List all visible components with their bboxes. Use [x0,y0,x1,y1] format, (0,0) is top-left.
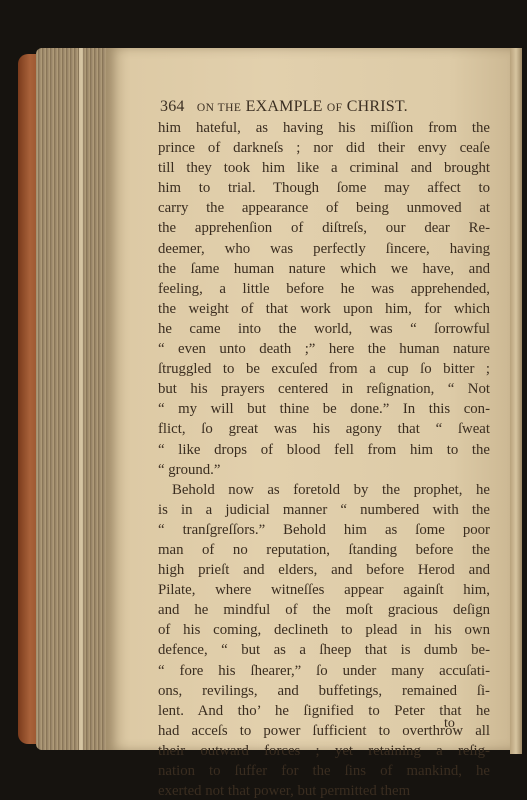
text-line: of his coming, declineth to plead in his… [158,620,490,640]
text-line: man of no reputation, ſtanding before th… [158,540,490,560]
text-line: their outward forces ; yet retaining a r… [158,741,490,761]
text-line: feeling, a little before he was apprehen… [158,279,490,299]
text-line: “ my will but thine be done.” In this co… [158,399,490,419]
text-line: till they took him like a criminal and b… [158,158,490,178]
text-line: exerted not that power, but permitted th… [158,781,490,800]
text-line: flict, ſo great was his agony that “ ſwe… [158,419,490,439]
text-line: carry the appearance of being unmoved at [158,198,490,218]
body-text: him hateful, as having his miſſion from … [158,118,490,800]
text-line: is in a judicial manner “ numbered with … [158,500,490,520]
text-line: ons, revilings, and buffetings, remained… [158,681,490,701]
text-line: the ſame human nature which we have, and [158,259,490,279]
page-number: 364 [160,98,185,115]
header-word: CHRIST. [347,98,408,115]
text-line: he came into the world, was “ ſorrowful [158,319,490,339]
text-line: “ ground.” [158,460,490,480]
header-word: On the [197,102,242,114]
text-line: defence, “ but as a ſheep that is dumb b… [158,640,490,660]
text-line: him to trial. Though ſome may affect to [158,178,490,198]
running-header: 364 On the EXAMPLE of CHRIST. [160,98,408,116]
book-page: 364 On the EXAMPLE of CHRIST. him hatefu… [106,48,510,750]
text-line: lent. And tho’ he ſignified to Peter tha… [158,701,490,721]
text-line: and he mindful of the moſt gracious deſi… [158,600,490,620]
text-line: the apprehenſion of diſtreſs, our dear R… [158,218,490,238]
text-line: the weight of that work upon him, for wh… [158,299,490,319]
text-line: Pilate, where witneſſes appear againſt h… [158,580,490,600]
text-line: Behold now as foretold by the prophet, h… [158,480,490,500]
text-line: deemer, who was perfectly ſincere, havin… [158,239,490,259]
text-line: nation to ſuffer for the ſins of mankind… [158,761,490,781]
book: 364 On the EXAMPLE of CHRIST. him hatefu… [14,48,522,760]
header-word: EXAMPLE [246,98,323,115]
text-line: “ even unto death ;” here the human natu… [158,339,490,359]
text-line: him hateful, as having his miſſion from … [158,118,490,138]
text-line: “ tranſgreſſors.” Behold him as ſome poo… [158,520,490,540]
catchword: to [444,716,455,732]
page-edges [36,48,106,750]
text-line: prince of darkneſs ; nor did their envy … [158,138,490,158]
text-line: “ fore his ſhearer,” ſo under many accuſ… [158,661,490,681]
text-line: high prieſt and elders, and before Herod… [158,560,490,580]
header-word: of [327,102,343,114]
text-line: but his prayers centered in reſignation,… [158,379,490,399]
text-line: had acceſs to power ſufficient to overth… [158,721,490,741]
text-line: “ like drops of blood fell from him to t… [158,440,490,460]
facing-page-edge [510,48,522,754]
text-line: ſtruggled to be excuſed from a cup ſo bi… [158,359,490,379]
